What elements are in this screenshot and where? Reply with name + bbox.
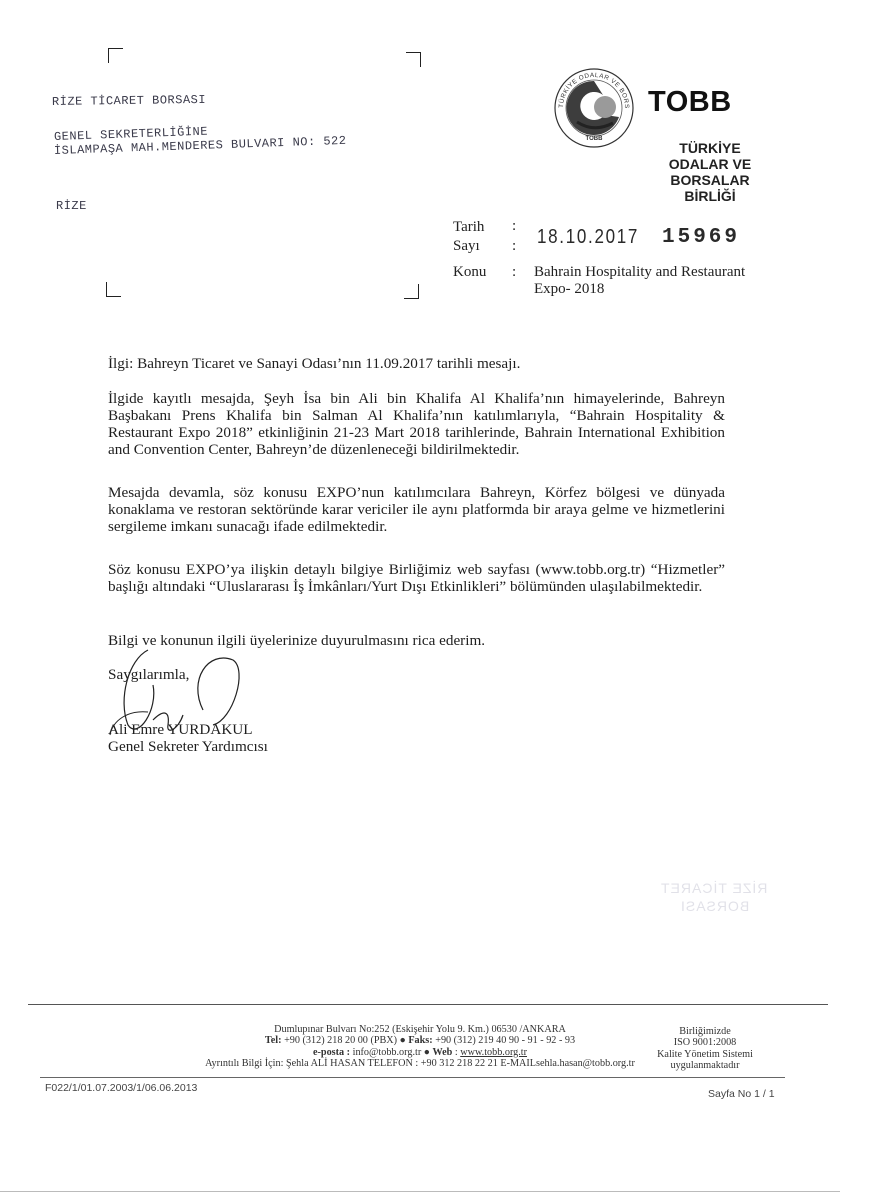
org-line-3: BİRLİĞİ xyxy=(600,188,790,204)
bullet-icon: ● xyxy=(424,1047,430,1058)
organization-acronym: TOBB xyxy=(648,86,732,119)
paragraph-1: İlgide kayıtlı mesajda, Şeyh İsa bin Ali… xyxy=(108,390,725,458)
bleed-through-stamp-line-2: BORSASI xyxy=(680,898,749,914)
footer-web-line: e-posta : info@tobb.org.tr ● Web : www.t… xyxy=(180,1047,660,1058)
window-corner-bottom-right xyxy=(404,284,419,299)
org-line-2: ODALAR VE BORSALAR xyxy=(600,156,790,188)
email-value[interactable]: info@tobb.org.tr xyxy=(353,1047,422,1058)
scan-edge-line xyxy=(0,1191,840,1192)
fax-label: Faks: xyxy=(408,1035,432,1046)
organization-name: TÜRKİYE ODALAR VE BORSALAR BİRLİĞİ xyxy=(600,140,790,204)
iso-line-4: uygulanmaktadır xyxy=(640,1060,770,1071)
iso-line-3: Kalite Yönetim Sistemi xyxy=(640,1049,770,1060)
number-label: Sayı xyxy=(453,238,480,255)
footer-phone-line: Tel: +90 (312) 218 20 00 (PBX) ● Faks: +… xyxy=(180,1035,660,1046)
date-stamp: 18.10.2017 xyxy=(537,226,639,249)
web-link[interactable]: www.tobb.org.tr xyxy=(460,1047,527,1058)
footer-contact-block: Dumlupınar Bulvarı No:252 (Eskişehir Yol… xyxy=(180,1024,660,1070)
fax-value: +90 (312) 219 40 90 - 91 - 92 - 93 xyxy=(435,1035,575,1046)
window-corner-bottom-left xyxy=(106,282,121,297)
web-label: Web xyxy=(432,1047,452,1058)
signatory-name: Ali Emre YURDAKUL xyxy=(108,721,253,738)
recipient-city: RİZE xyxy=(56,199,87,213)
org-line-1: TÜRKİYE xyxy=(600,140,790,156)
subject-colon: : xyxy=(512,264,516,281)
signatory-title: Genel Sekreter Yardımcısı xyxy=(108,738,268,755)
form-code: F022/1/01.07.2003/1/06.06.2013 xyxy=(45,1082,197,1094)
paragraph-3: Söz konusu EXPO’ya ilişkin detaylı bilgi… xyxy=(108,561,725,595)
footer-contact-person: Ayrıntılı Bilgi İçin: Şehla ALİ HASAN TE… xyxy=(180,1058,660,1069)
subject-line-2: Expo- 2018 xyxy=(534,281,745,298)
footer-bottom-rule xyxy=(40,1077,785,1078)
subject-value: Bahrain Hospitality and Restaurant Expo-… xyxy=(534,264,745,298)
footer-top-rule xyxy=(28,1004,828,1005)
subject-line-1: Bahrain Hospitality and Restaurant xyxy=(534,264,745,281)
tobb-seal-icon: TÜRKİYE ODALAR VE BORSALAR BİRLİĞİ TOBB xyxy=(553,67,635,149)
iso-line-2: ISO 9001:2008 xyxy=(640,1037,770,1048)
tel-label: Tel: xyxy=(265,1035,282,1046)
number-colon: : xyxy=(512,238,516,255)
reference-line: İlgi: Bahreyn Ticaret ve Sanayi Odası’nı… xyxy=(108,355,725,372)
bleed-through-stamp-line-1: RİZE TİCARET xyxy=(660,880,767,896)
recipient-name: RİZE TİCARET BORSASI xyxy=(52,93,206,109)
footer-address: Dumlupınar Bulvarı No:252 (Eskişehir Yol… xyxy=(180,1024,660,1035)
window-corner-top-right xyxy=(406,52,421,67)
window-corner-top-left xyxy=(108,48,123,63)
iso-line-1: Birliğimizde xyxy=(640,1026,770,1037)
date-label: Tarih xyxy=(453,219,484,236)
email-label: e-posta : xyxy=(313,1047,350,1058)
page-number: Sayfa No 1 / 1 xyxy=(708,1088,775,1100)
number-stamp: 15969 xyxy=(662,226,740,249)
paragraph-2: Mesajda devamla, söz konusu EXPO’nun kat… xyxy=(108,484,725,535)
date-colon: : xyxy=(512,218,516,235)
subject-label: Konu xyxy=(453,264,486,281)
tel-value: +90 (312) 218 20 00 (PBX) xyxy=(284,1035,397,1046)
bullet-icon: ● xyxy=(400,1035,406,1046)
iso-notice: Birliğimizde ISO 9001:2008 Kalite Yöneti… xyxy=(640,1026,770,1072)
